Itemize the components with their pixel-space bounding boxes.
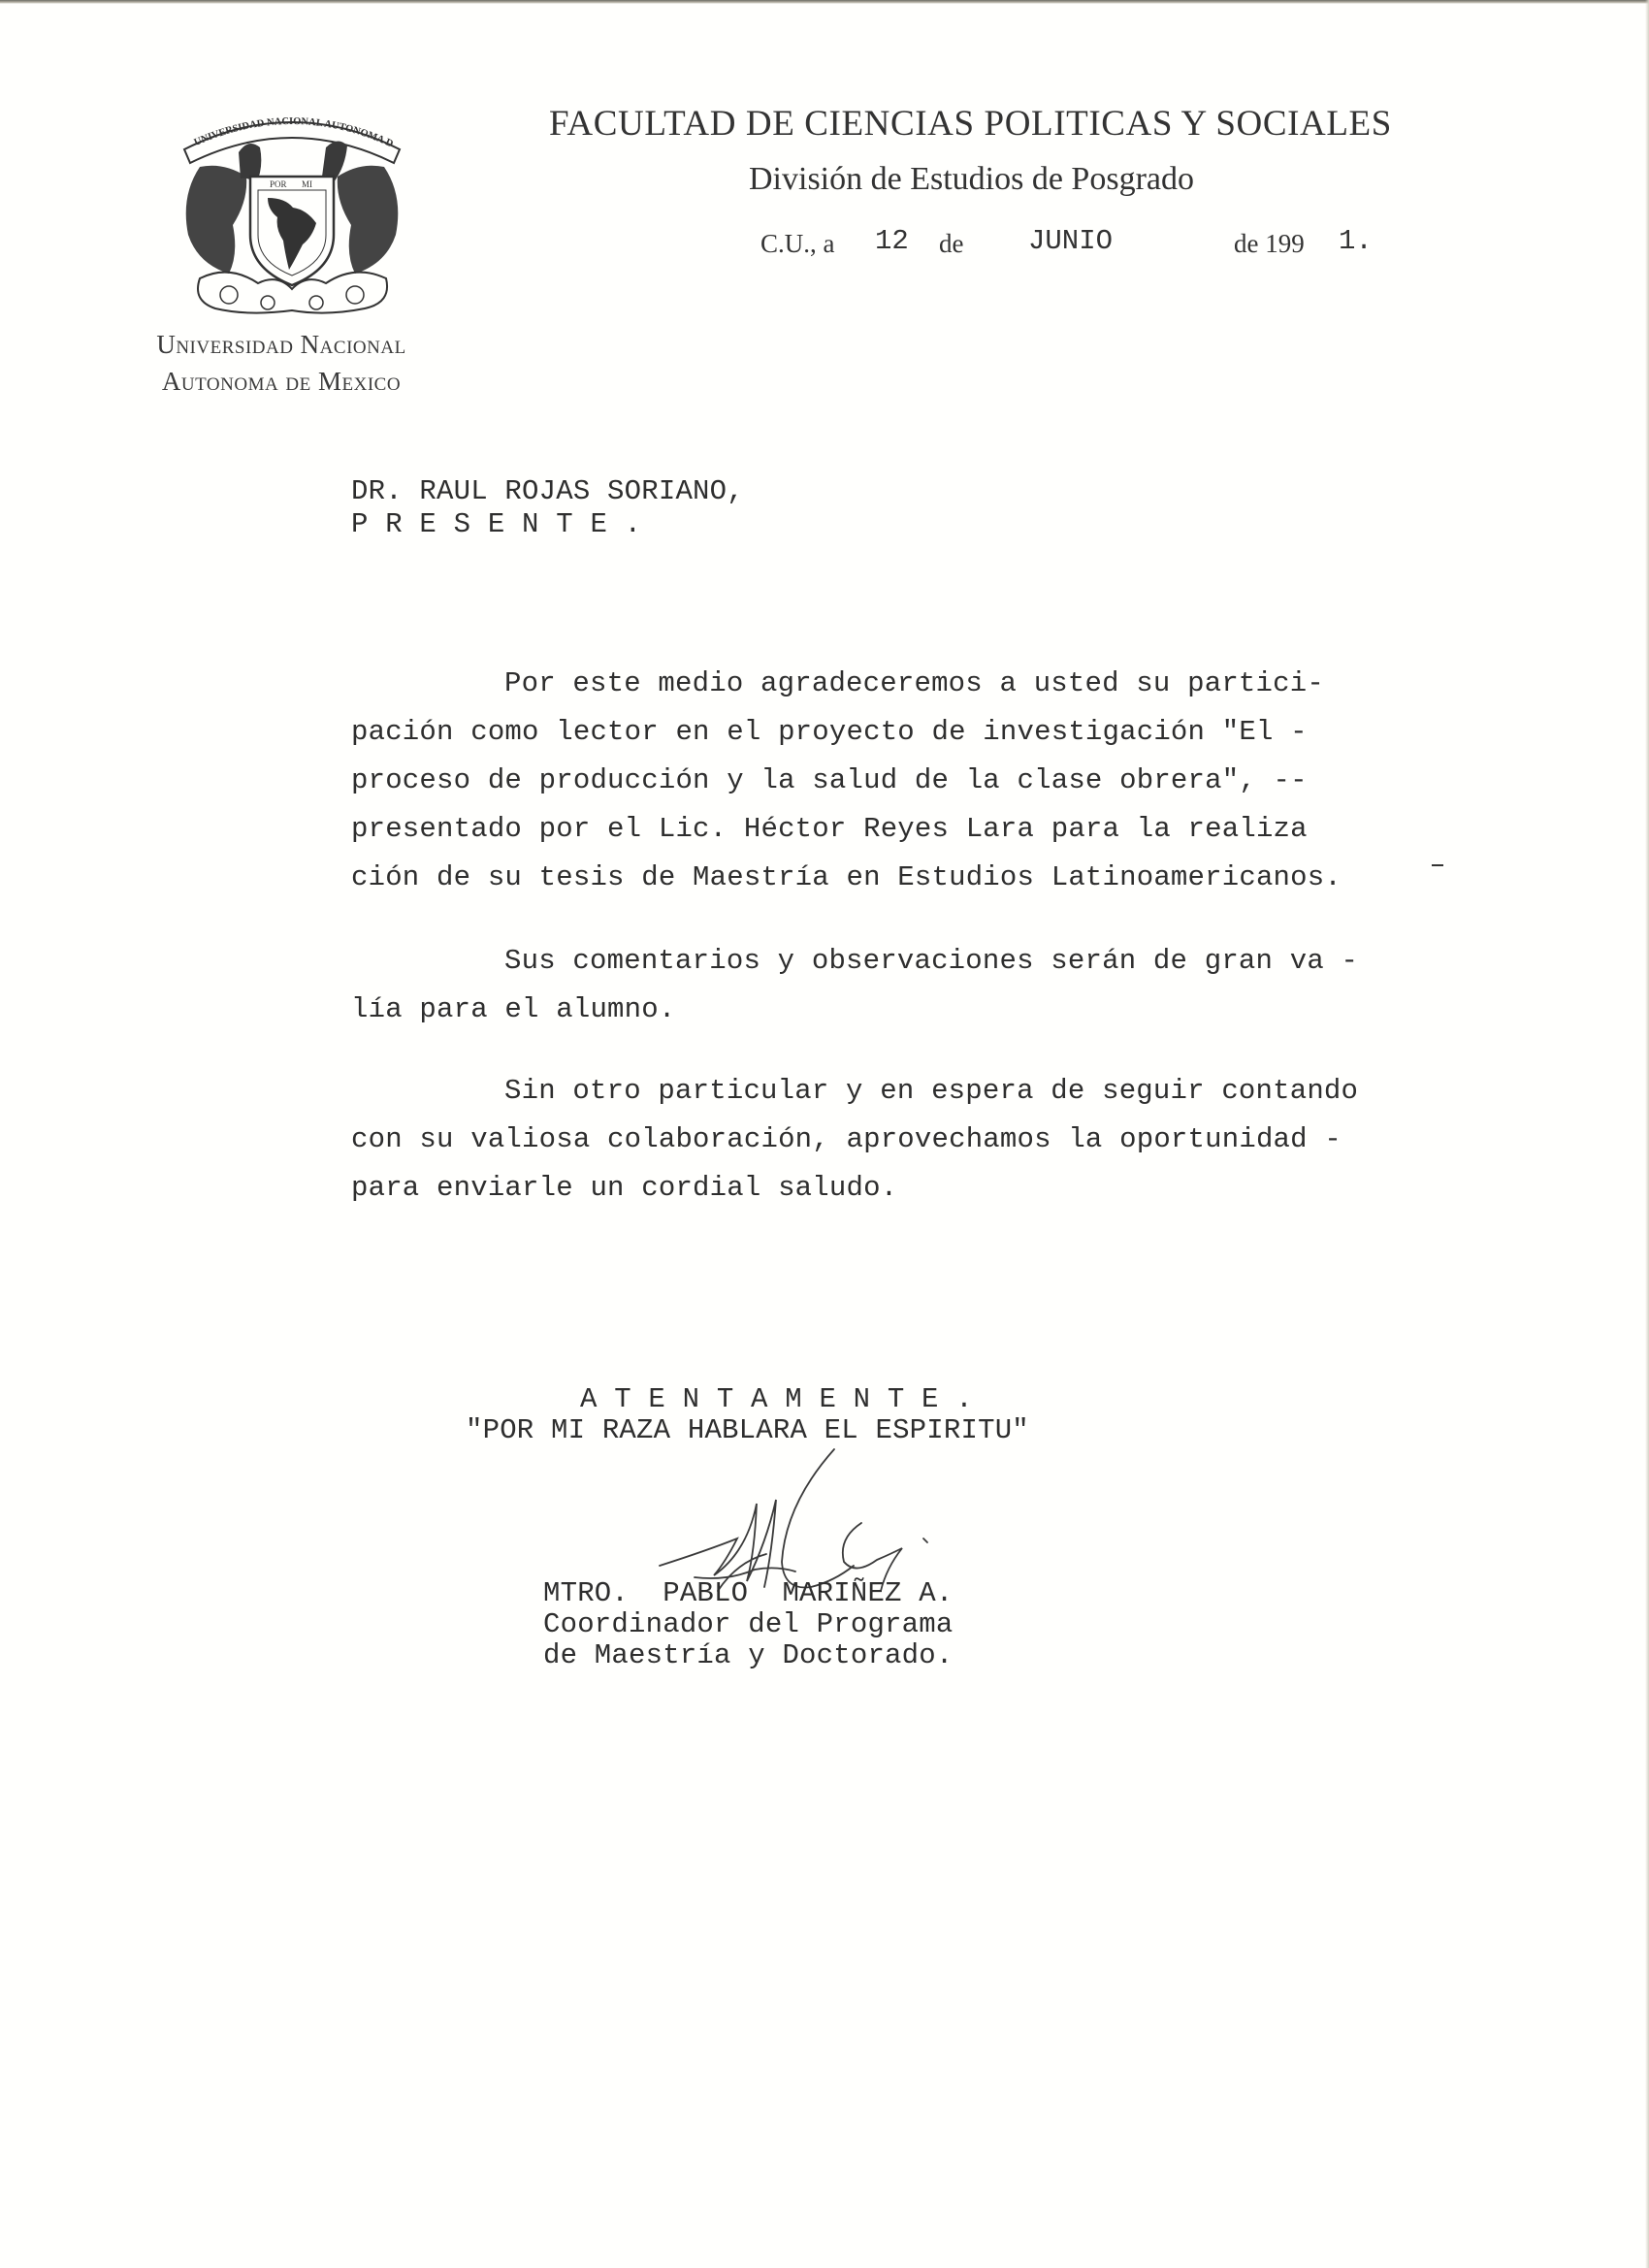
closing-atentamente: A T E N T A M E N T E . [580, 1383, 973, 1415]
signer-title-line2: de Maestría y Doctorado. [543, 1639, 953, 1671]
date-month: JUNIO [1028, 225, 1113, 257]
unam-seal-icon: UNIVERSIDAD NACIONAL AUTONOMA DE MEXICO … [171, 109, 413, 322]
paragraph-1-line: pación como lector en el proyecto de inv… [351, 716, 1308, 748]
paragraph-3-line: Sin otro particular y en espera de segui… [504, 1075, 1358, 1107]
date-place-prefix: C.U., a [760, 229, 835, 259]
paragraph-2-line: Sus comentarios y observaciones serán de… [504, 945, 1358, 977]
faculty-heading: FACULTAD DE CIENCIAS POLITICAS Y SOCIALE… [549, 103, 1529, 145]
date-year-digit: 1. [1339, 225, 1373, 257]
recipient-presente: P R E S E N T E . [351, 508, 641, 540]
scan-edge-right [1645, 0, 1649, 2268]
paragraph-3-line: con su valiosa colaboración, aprovechamo… [351, 1123, 1342, 1155]
paragraph-1-line: proceso de producción y la salud de la c… [351, 764, 1308, 796]
paragraph-3-line: para enviarle un cordial saludo. [351, 1172, 897, 1204]
scan-edge-top [0, 0, 1649, 4]
svg-text:POR: POR [270, 179, 287, 189]
paragraph-2-line: lía para el alumno. [351, 993, 675, 1025]
date-de-2: de 199 [1234, 229, 1305, 259]
university-name-line1: Universidad Nacional [136, 326, 427, 363]
typewriter-underscore-mark [1432, 864, 1443, 866]
recipient-name: DR. RAUL ROJAS SORIANO, [351, 475, 744, 507]
division-heading: División de Estudios de Posgrado [749, 161, 1194, 198]
svg-text:UNIVERSIDAD NACIONAL AUTONOMA: UNIVERSIDAD NACIONAL AUTONOMA DE MEXICO [171, 109, 395, 150]
paragraph-1-line: presentado por el Lic. Héctor Reyes Lara… [351, 813, 1308, 845]
closing-motto: "POR MI RAZA HABLARA EL ESPIRITU" [466, 1414, 1029, 1446]
university-name: Universidad Nacional Autonoma de Mexico [136, 326, 427, 400]
date-day: 12 [875, 225, 909, 257]
paragraph-1-line: Por este medio agradeceremos a usted su … [504, 667, 1324, 699]
signer-title-line1: Coordinador del Programa [543, 1608, 953, 1640]
signer-name: MTRO. PABLO MARIÑEZ A. [543, 1577, 953, 1609]
university-name-line2: Autonoma de Mexico [136, 363, 427, 400]
svg-text:MI: MI [302, 179, 312, 189]
date-de-1: de [939, 229, 963, 259]
paragraph-1-line: ción de su tesis de Maestría en Estudios… [351, 861, 1342, 893]
unam-seal-logo: UNIVERSIDAD NACIONAL AUTONOMA DE MEXICO … [171, 109, 413, 322]
